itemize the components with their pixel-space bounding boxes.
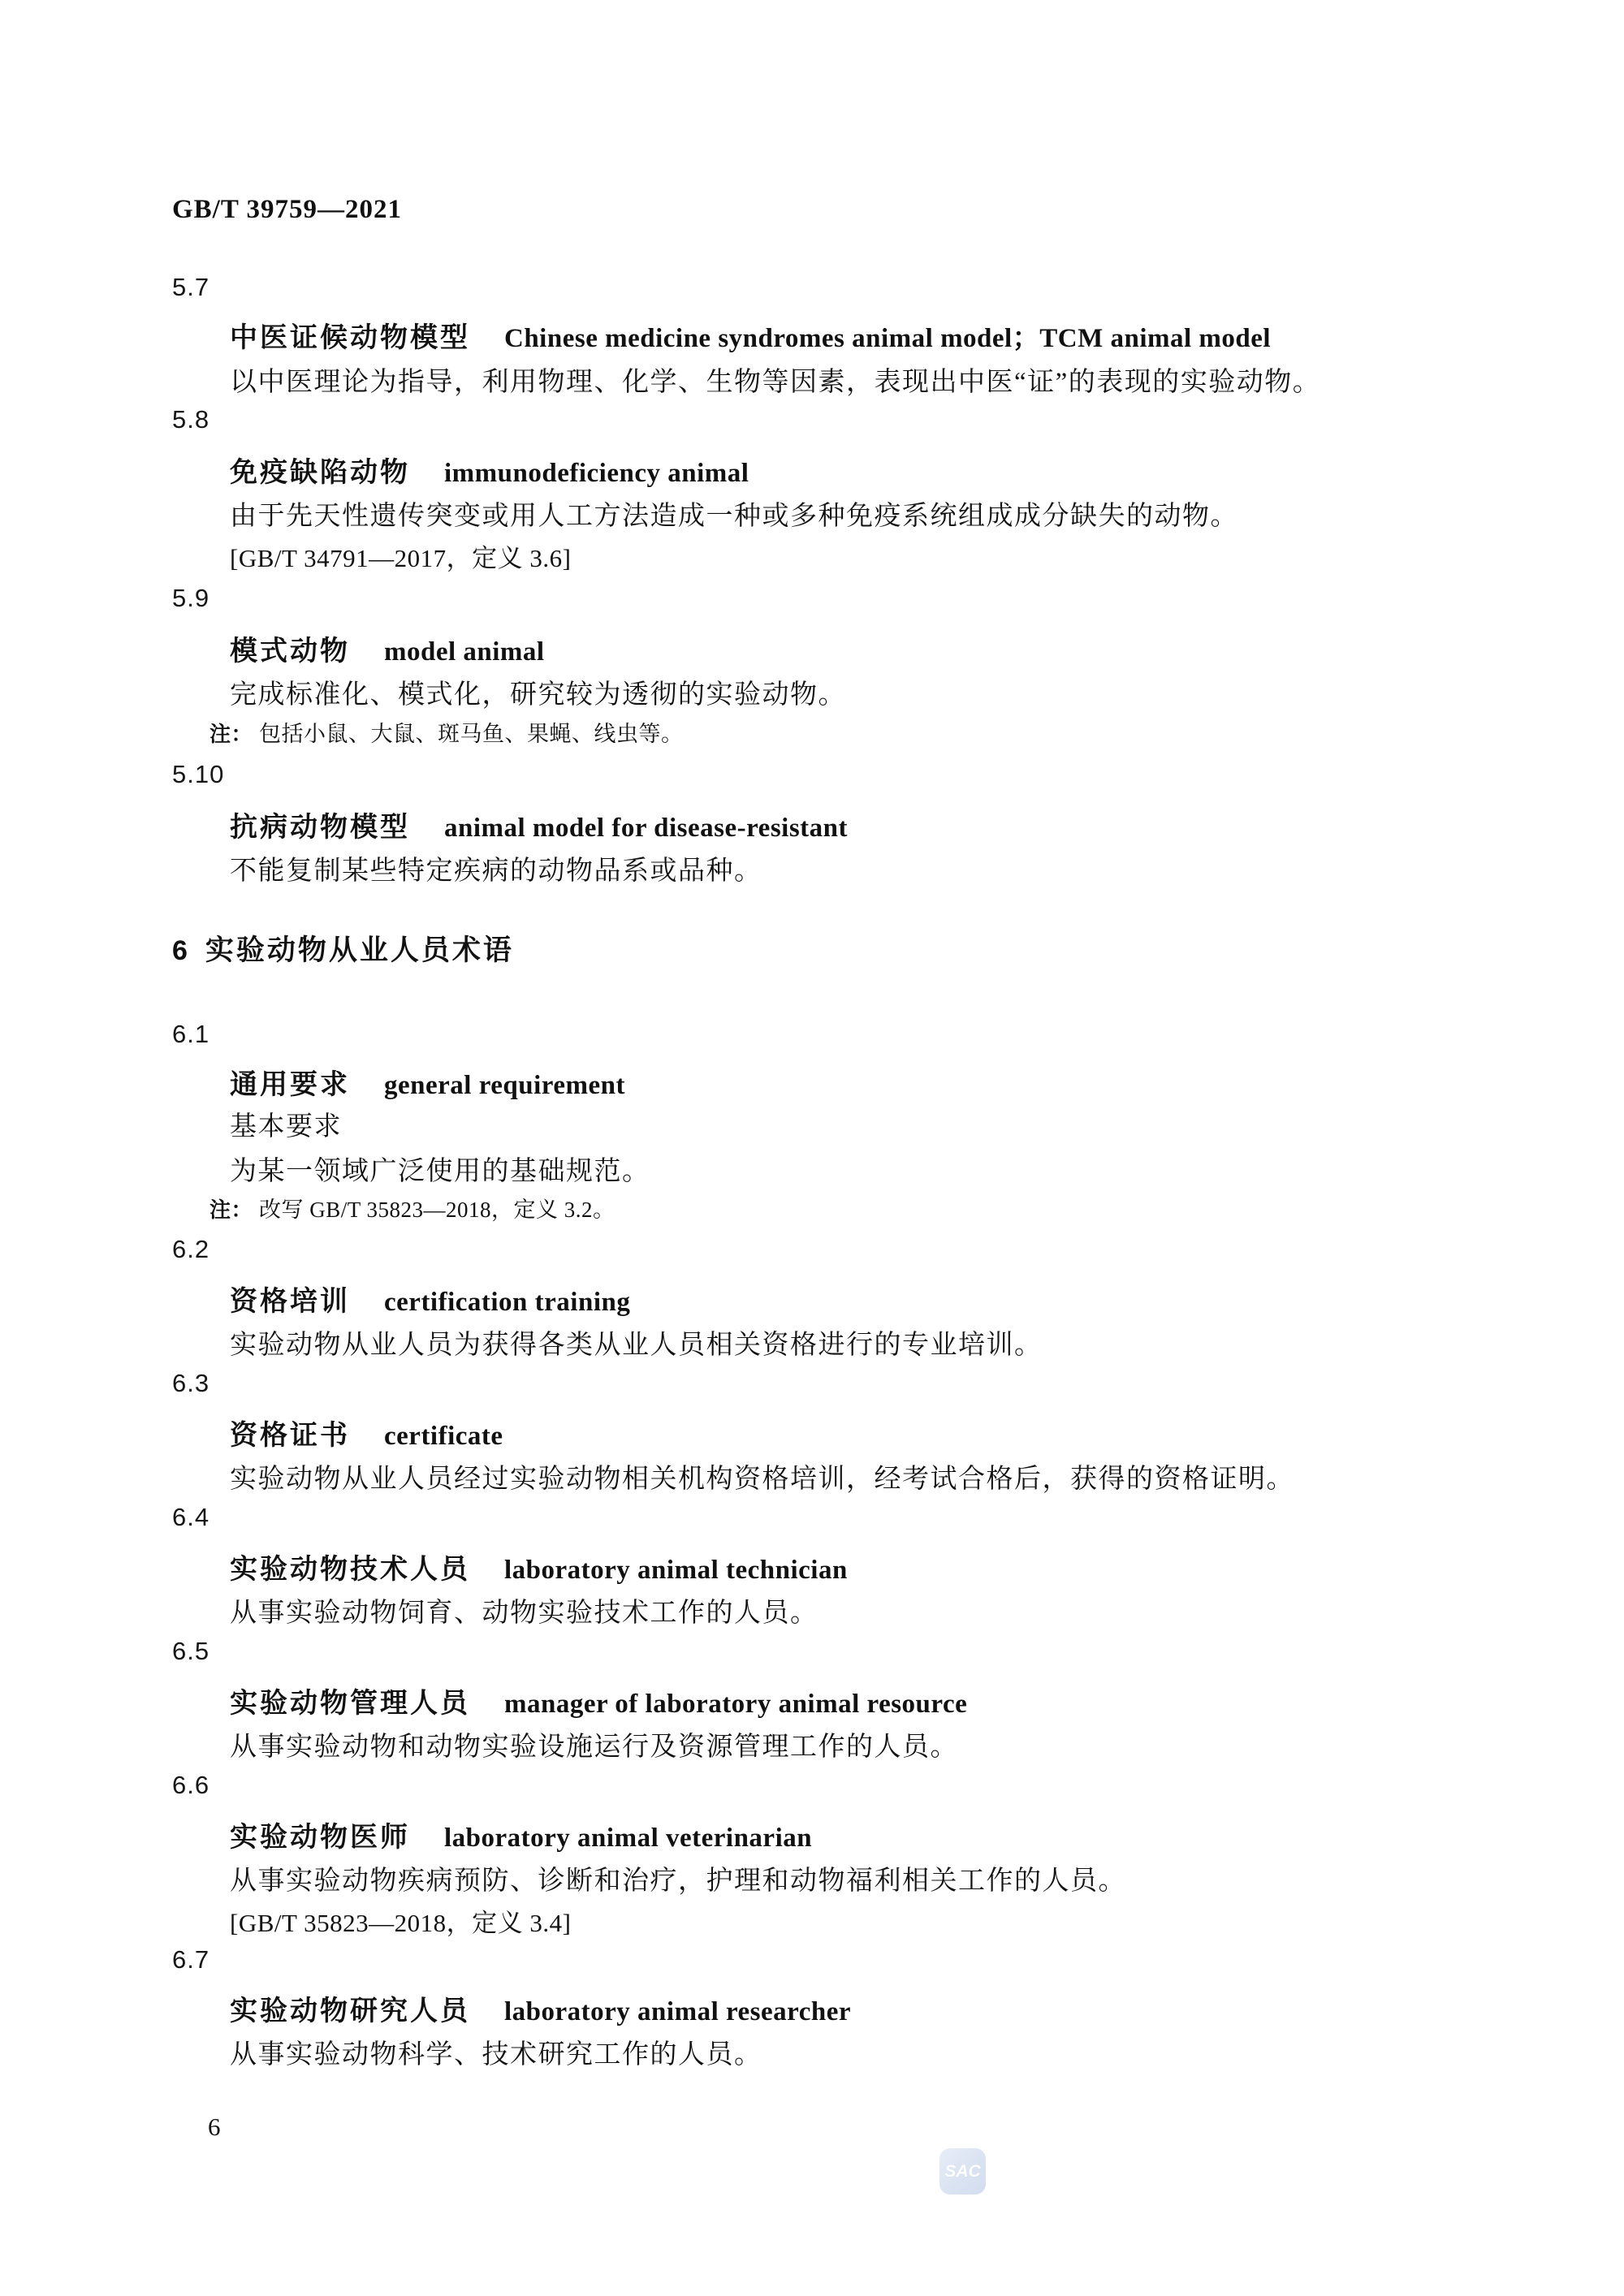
term-en: Chinese medicine syndromes animal model；… (504, 324, 1271, 353)
term-en: general requirement (384, 1071, 625, 1100)
section-number: 6.3 (172, 1369, 209, 1398)
section-number: 6.4 (172, 1503, 209, 1532)
term-cn: 抗病动物模型 (230, 812, 410, 843)
section-number: 6.1 (172, 1020, 209, 1049)
term-line: 抗病动物模型animal model for disease-resistant (230, 805, 848, 844)
term-cn: 实验动物管理人员 (230, 1688, 470, 1719)
page-number: 6 (208, 2113, 221, 2142)
term-cn: 实验动物技术人员 (230, 1554, 470, 1585)
term-cn: 免疫缺陷动物 (230, 457, 410, 488)
section-number: 6.7 (172, 1945, 209, 1974)
definition-text: 从事实验动物饲育、动物实验技术工作的人员。 (230, 1591, 818, 1629)
definition-text: 从事实验动物和动物实验设施运行及资源管理工作的人员。 (230, 1725, 958, 1763)
term-cn: 实验动物医师 (230, 1822, 410, 1853)
term-cn: 实验动物研究人员 (230, 1996, 470, 2026)
note-line: 注：改写 GB/T 35823—2018，定义 3.2。 (209, 1192, 615, 1224)
synonym-text: 基本要求 (230, 1105, 342, 1143)
term-en: certification training (384, 1288, 630, 1317)
section-number: 6.6 (172, 1771, 209, 1800)
term-line: 模式动物model animal (230, 628, 545, 668)
definition-text: 为某一领域广泛使用的基础规范。 (230, 1150, 650, 1188)
note-label: 注： (209, 1198, 253, 1222)
term-en: manager of laboratory animal resource (504, 1690, 967, 1719)
note-text: 改写 GB/T 35823—2018，定义 3.2。 (259, 1198, 615, 1222)
sac-logo-text: SAC (944, 2162, 980, 2182)
term-cn: 通用要求 (230, 1069, 350, 1100)
note-text: 包括小鼠、大鼠、斑马鱼、果蝇、线虫等。 (259, 722, 684, 746)
term-en: laboratory animal researcher (504, 1997, 851, 2026)
term-en: laboratory animal veterinarian (444, 1823, 812, 1853)
definition-text: 实验动物从业人员经过实验动物相关机构资格培训，经考试合格后，获得的资格证明。 (230, 1457, 1294, 1495)
definition-text: 完成标准化、模式化，研究较为透彻的实验动物。 (230, 673, 846, 711)
term-line: 免疫缺陷动物immunodeficiency animal (230, 450, 749, 490)
term-line: 资格培训certification training (230, 1279, 630, 1318)
term-line: 实验动物医师laboratory animal veterinarian (230, 1815, 812, 1854)
sac-logo: SAC (939, 2148, 986, 2195)
term-en: laboratory animal technician (504, 1556, 848, 1585)
definition-text: 由于先天性遗传突变或用人工方法造成一种或多种免疫系统组成成分缺失的动物。 (230, 494, 1238, 533)
term-cn: 模式动物 (230, 636, 350, 667)
term-line: 实验动物技术人员laboratory animal technician (230, 1547, 848, 1586)
section-number: 5.8 (172, 405, 209, 434)
term-line: 实验动物管理人员manager of laboratory animal res… (230, 1681, 967, 1720)
term-cn: 中医证候动物模型 (230, 322, 470, 353)
term-en: animal model for disease-resistant (444, 814, 848, 843)
definition-text: 以中医理论为指导，利用物理、化学、生物等因素，表现出中医“证”的表现的实验动物。 (230, 360, 1320, 399)
term-cn: 资格培训 (230, 1286, 350, 1317)
definition-text: 从事实验动物疾病预防、诊断和治疗，护理和动物福利相关工作的人员。 (230, 1859, 1126, 1897)
definition-text: 实验动物从业人员为获得各类从业人员相关资格进行的专业培训。 (230, 1323, 1043, 1362)
term-en: immunodeficiency animal (444, 459, 749, 488)
note-label: 注： (209, 722, 253, 746)
term-line: 中医证候动物模型Chinese medicine syndromes anima… (230, 315, 1271, 355)
term-en: model animal (384, 637, 545, 667)
chapter-number: 6 (172, 935, 188, 966)
section-number: 6.2 (172, 1235, 209, 1264)
term-cn: 资格证书 (230, 1420, 350, 1451)
note-line: 注：包括小鼠、大鼠、斑马鱼、果蝇、线虫等。 (209, 716, 684, 748)
section-number: 5.9 (172, 584, 209, 613)
document-page: GB/T 39759—2021 5.7 中医证候动物模型Chinese medi… (0, 0, 1624, 2296)
section-number: 5.10 (172, 760, 224, 789)
term-line: 通用要求general requirement (230, 1062, 625, 1102)
term-line: 实验动物研究人员laboratory animal researcher (230, 1988, 851, 2028)
chapter-title: 实验动物从业人员术语 (205, 934, 514, 966)
chapter-heading: 6实验动物从业人员术语 (172, 928, 514, 969)
source-ref: [GB/T 34791—2017，定义 3.6] (230, 537, 571, 574)
term-line: 资格证书certificate (230, 1413, 503, 1452)
term-en: certificate (384, 1422, 503, 1451)
definition-text: 从事实验动物科学、技术研究工作的人员。 (230, 2033, 762, 2071)
section-number: 5.7 (172, 273, 209, 302)
standard-number-header: GB/T 39759—2021 (172, 195, 402, 225)
source-ref: [GB/T 35823—2018，定义 3.4] (230, 1902, 571, 1939)
section-number: 6.5 (172, 1637, 209, 1666)
definition-text: 不能复制某些特定疾病的动物品系或品种。 (230, 849, 762, 887)
